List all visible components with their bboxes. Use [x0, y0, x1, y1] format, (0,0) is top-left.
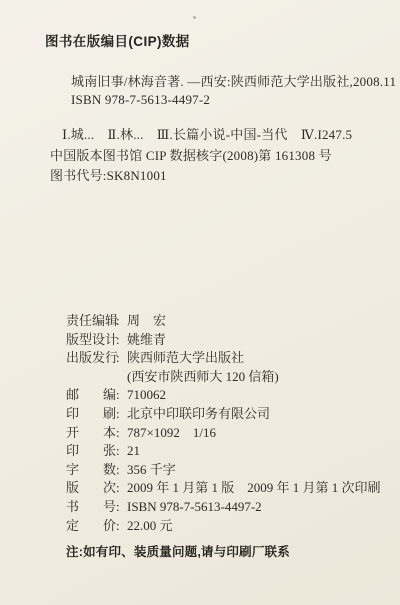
- colophon-colon: :: [116, 461, 124, 480]
- colophon-row-layout-design: 版型设计:姚维青: [66, 331, 381, 350]
- colophon-value: 22.00 元: [127, 517, 173, 536]
- colophon-row-word-count: 字数:356 千字: [66, 461, 381, 480]
- colophon-value: 356 千字: [127, 461, 176, 480]
- cip-title-line: 城南旧事/林海音著. —西安:陕西师范大学出版社,2008.11: [71, 71, 396, 90]
- quality-note: 注:如有印、装质量问题,请与印刷厂联系: [66, 542, 290, 560]
- colophon-value: 周 宏: [127, 312, 166, 331]
- colophon-row-price: 定价:22.00 元: [66, 517, 381, 536]
- colophon-value: ISBN 978-7-5613-4497-2: [127, 498, 262, 517]
- colophon-row-edition: 版次:2009 年 1 月第 1 版 2009 年 1 月第 1 次印刷: [66, 479, 381, 498]
- colophon-colon: :: [116, 498, 124, 517]
- colophon-value: 陕西师范大学出版社: [127, 349, 244, 368]
- colophon-value: 710062: [127, 386, 166, 405]
- colophon-value: 北京中印联印务有限公司: [127, 405, 270, 424]
- colophon-colon: :: [116, 405, 124, 424]
- colophon-row-format: 开本:787×1092 1/16: [66, 424, 381, 443]
- colophon-row-editor: 责任编辑:周 宏: [66, 312, 381, 331]
- colophon-label: 书号: [66, 498, 116, 517]
- colophon-label: 定价: [66, 517, 116, 536]
- cip-classification-line: Ⅰ.城... Ⅱ.林... Ⅲ.长篇小说-中国-当代 Ⅳ.I247.5: [62, 124, 352, 143]
- colophon-colon: :: [116, 442, 124, 461]
- cip-book-code-line: 图书代号:SK8N1001: [50, 165, 167, 184]
- colophon-row-publisher: 出版发行:陕西师范大学出版社: [66, 349, 381, 368]
- colophon-row-sheets: 印张:21: [66, 442, 381, 461]
- colophon-colon: :: [116, 424, 124, 443]
- colophon-row-publisher-address: (西安市陕西师大 120 信箱): [66, 368, 381, 387]
- colophon-value: 787×1092 1/16: [127, 424, 216, 443]
- colophon-colon: :: [116, 312, 124, 331]
- colophon-colon: :: [116, 386, 124, 405]
- colophon-row-postcode: 邮编:710062: [66, 386, 381, 405]
- colophon-label: 责任编辑: [66, 312, 116, 331]
- cip-heading: 图书在版编目(CIP)数据: [45, 30, 190, 50]
- colophon-colon: :: [116, 331, 124, 350]
- colophon-row-printer: 印刷:北京中印联印务有限公司: [66, 405, 381, 424]
- colophon: 责任编辑:周 宏 版型设计:姚维青 出版发行:陕西师范大学出版社 (西安市陕西师…: [66, 312, 381, 535]
- colophon-value: 姚维青: [127, 331, 166, 350]
- colophon-value: (西安市陕西师大 120 信箱): [127, 368, 279, 387]
- colophon-row-isbn: 书号:ISBN 978-7-5613-4497-2: [66, 498, 381, 517]
- colophon-colon: :: [116, 517, 124, 536]
- colophon-label: 版型设计: [66, 331, 116, 350]
- colophon-label: 印张: [66, 442, 116, 461]
- colophon-colon: :: [116, 349, 124, 368]
- copyright-page: 图书在版编目(CIP)数据 城南旧事/林海音著. —西安:陕西师范大学出版社,2…: [0, 0, 400, 605]
- cip-record-line: 中国版本图书馆 CIP 数据核字(2008)第 161308 号: [50, 145, 332, 164]
- colophon-value: 2009 年 1 月第 1 版 2009 年 1 月第 1 次印刷: [127, 479, 381, 498]
- colophon-label: 出版发行: [66, 349, 116, 368]
- colophon-colon: :: [116, 479, 124, 498]
- cip-isbn-line: ISBN 978-7-5613-4497-2: [71, 92, 210, 108]
- colophon-label: 邮编: [66, 386, 116, 405]
- colophon-label: 版次: [66, 479, 116, 498]
- colophon-value: 21: [127, 442, 140, 461]
- scan-speck: [193, 16, 196, 19]
- colophon-label: 字数: [66, 461, 116, 480]
- colophon-label: 印刷: [66, 405, 116, 424]
- colophon-label: 开本: [66, 424, 116, 443]
